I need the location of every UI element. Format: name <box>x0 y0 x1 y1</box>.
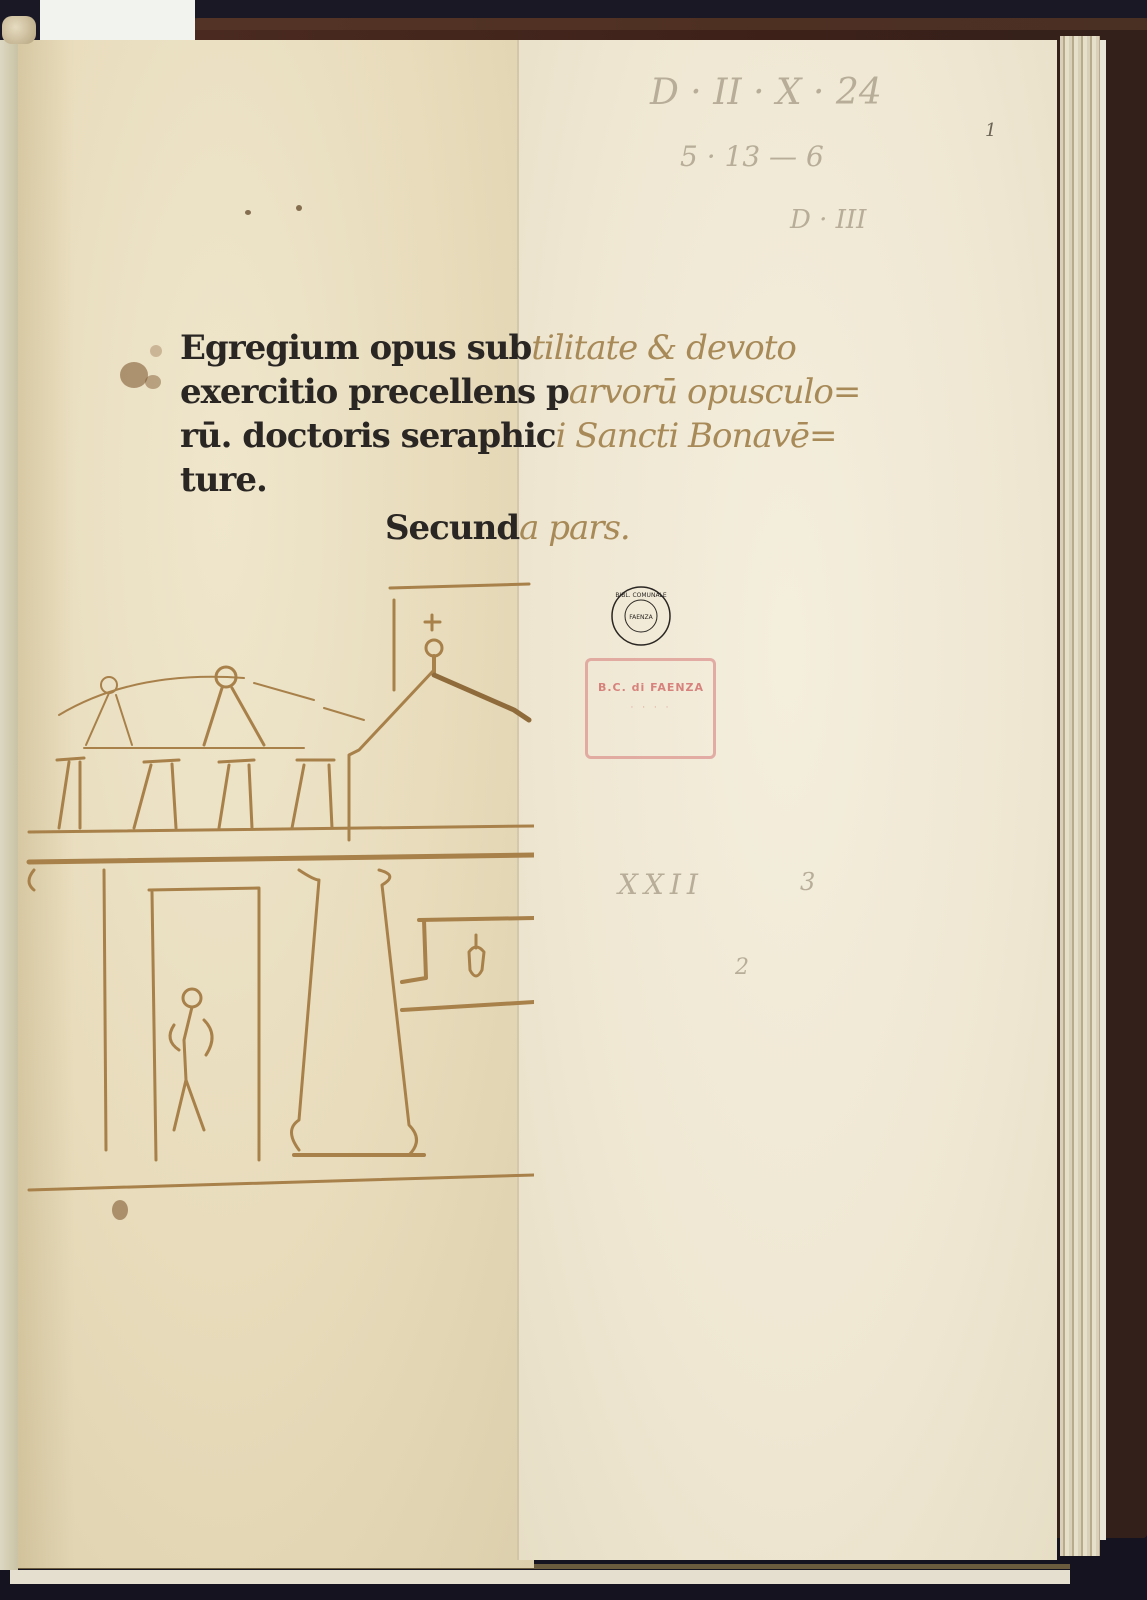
paper-repair-leaf <box>517 40 1057 1560</box>
pencil-annotation: 2 <box>735 955 749 980</box>
folio-number: 1 <box>985 120 996 141</box>
printed-text: rū. doctoris seraphic <box>180 416 555 456</box>
shelfmark-annotation: 5 · 13 — 6 <box>680 140 824 173</box>
stamp-text: B.C. di FAENZA <box>596 681 706 694</box>
shelfmark-annotation: D · II · X · 24 <box>650 72 882 113</box>
stamp-subtext: · · · · <box>596 703 706 713</box>
page-bottom-edge <box>10 1570 1070 1584</box>
printed-text: ture. <box>180 460 267 500</box>
title-line: Egregium opus subtilitate & devoto <box>180 328 796 368</box>
pencil-annotation: XXII <box>618 868 704 901</box>
faded-text: arvorū opusculo= <box>569 372 861 412</box>
subtitle: Secunda pars. <box>385 508 630 548</box>
ink-stain <box>150 345 162 357</box>
title-line: rū. doctoris seraphici Sancti Bonavē= <box>180 416 836 456</box>
library-stamp-round: BIBL. COMUNALE FAENZA <box>610 585 672 647</box>
ink-stain <box>120 362 148 388</box>
svg-text:FAENZA: FAENZA <box>629 614 653 621</box>
title-line: exercitio precellens parvorū opusculo= <box>180 372 860 412</box>
printed-text: Secund <box>385 508 519 548</box>
binding-cord <box>2 16 36 44</box>
faded-text: i Sancti Bonavē= <box>555 416 836 456</box>
page-stack-outer-edge <box>1100 40 1106 1540</box>
svg-text:BIBL. COMUNALE: BIBL. COMUNALE <box>615 592 667 599</box>
printed-text: Egregium opus sub <box>180 328 531 368</box>
ink-stain <box>296 205 302 211</box>
shelfmark-annotation: D · III <box>790 205 866 235</box>
faded-text: a pars. <box>519 508 630 548</box>
printed-text: exercitio precellens p <box>180 372 569 412</box>
architectural-sketch <box>14 570 534 1210</box>
faded-text: tilitate & devoto <box>531 328 796 368</box>
pencil-annotation: 3 <box>800 868 815 896</box>
library-stamp-rectangular: B.C. di FAENZA · · · · <box>585 658 716 759</box>
page-stack-edges <box>1060 36 1100 1556</box>
ink-stain <box>145 375 161 389</box>
ink-stain <box>245 210 251 215</box>
binding-edge <box>195 18 1147 30</box>
title-line: ture. <box>180 460 267 500</box>
